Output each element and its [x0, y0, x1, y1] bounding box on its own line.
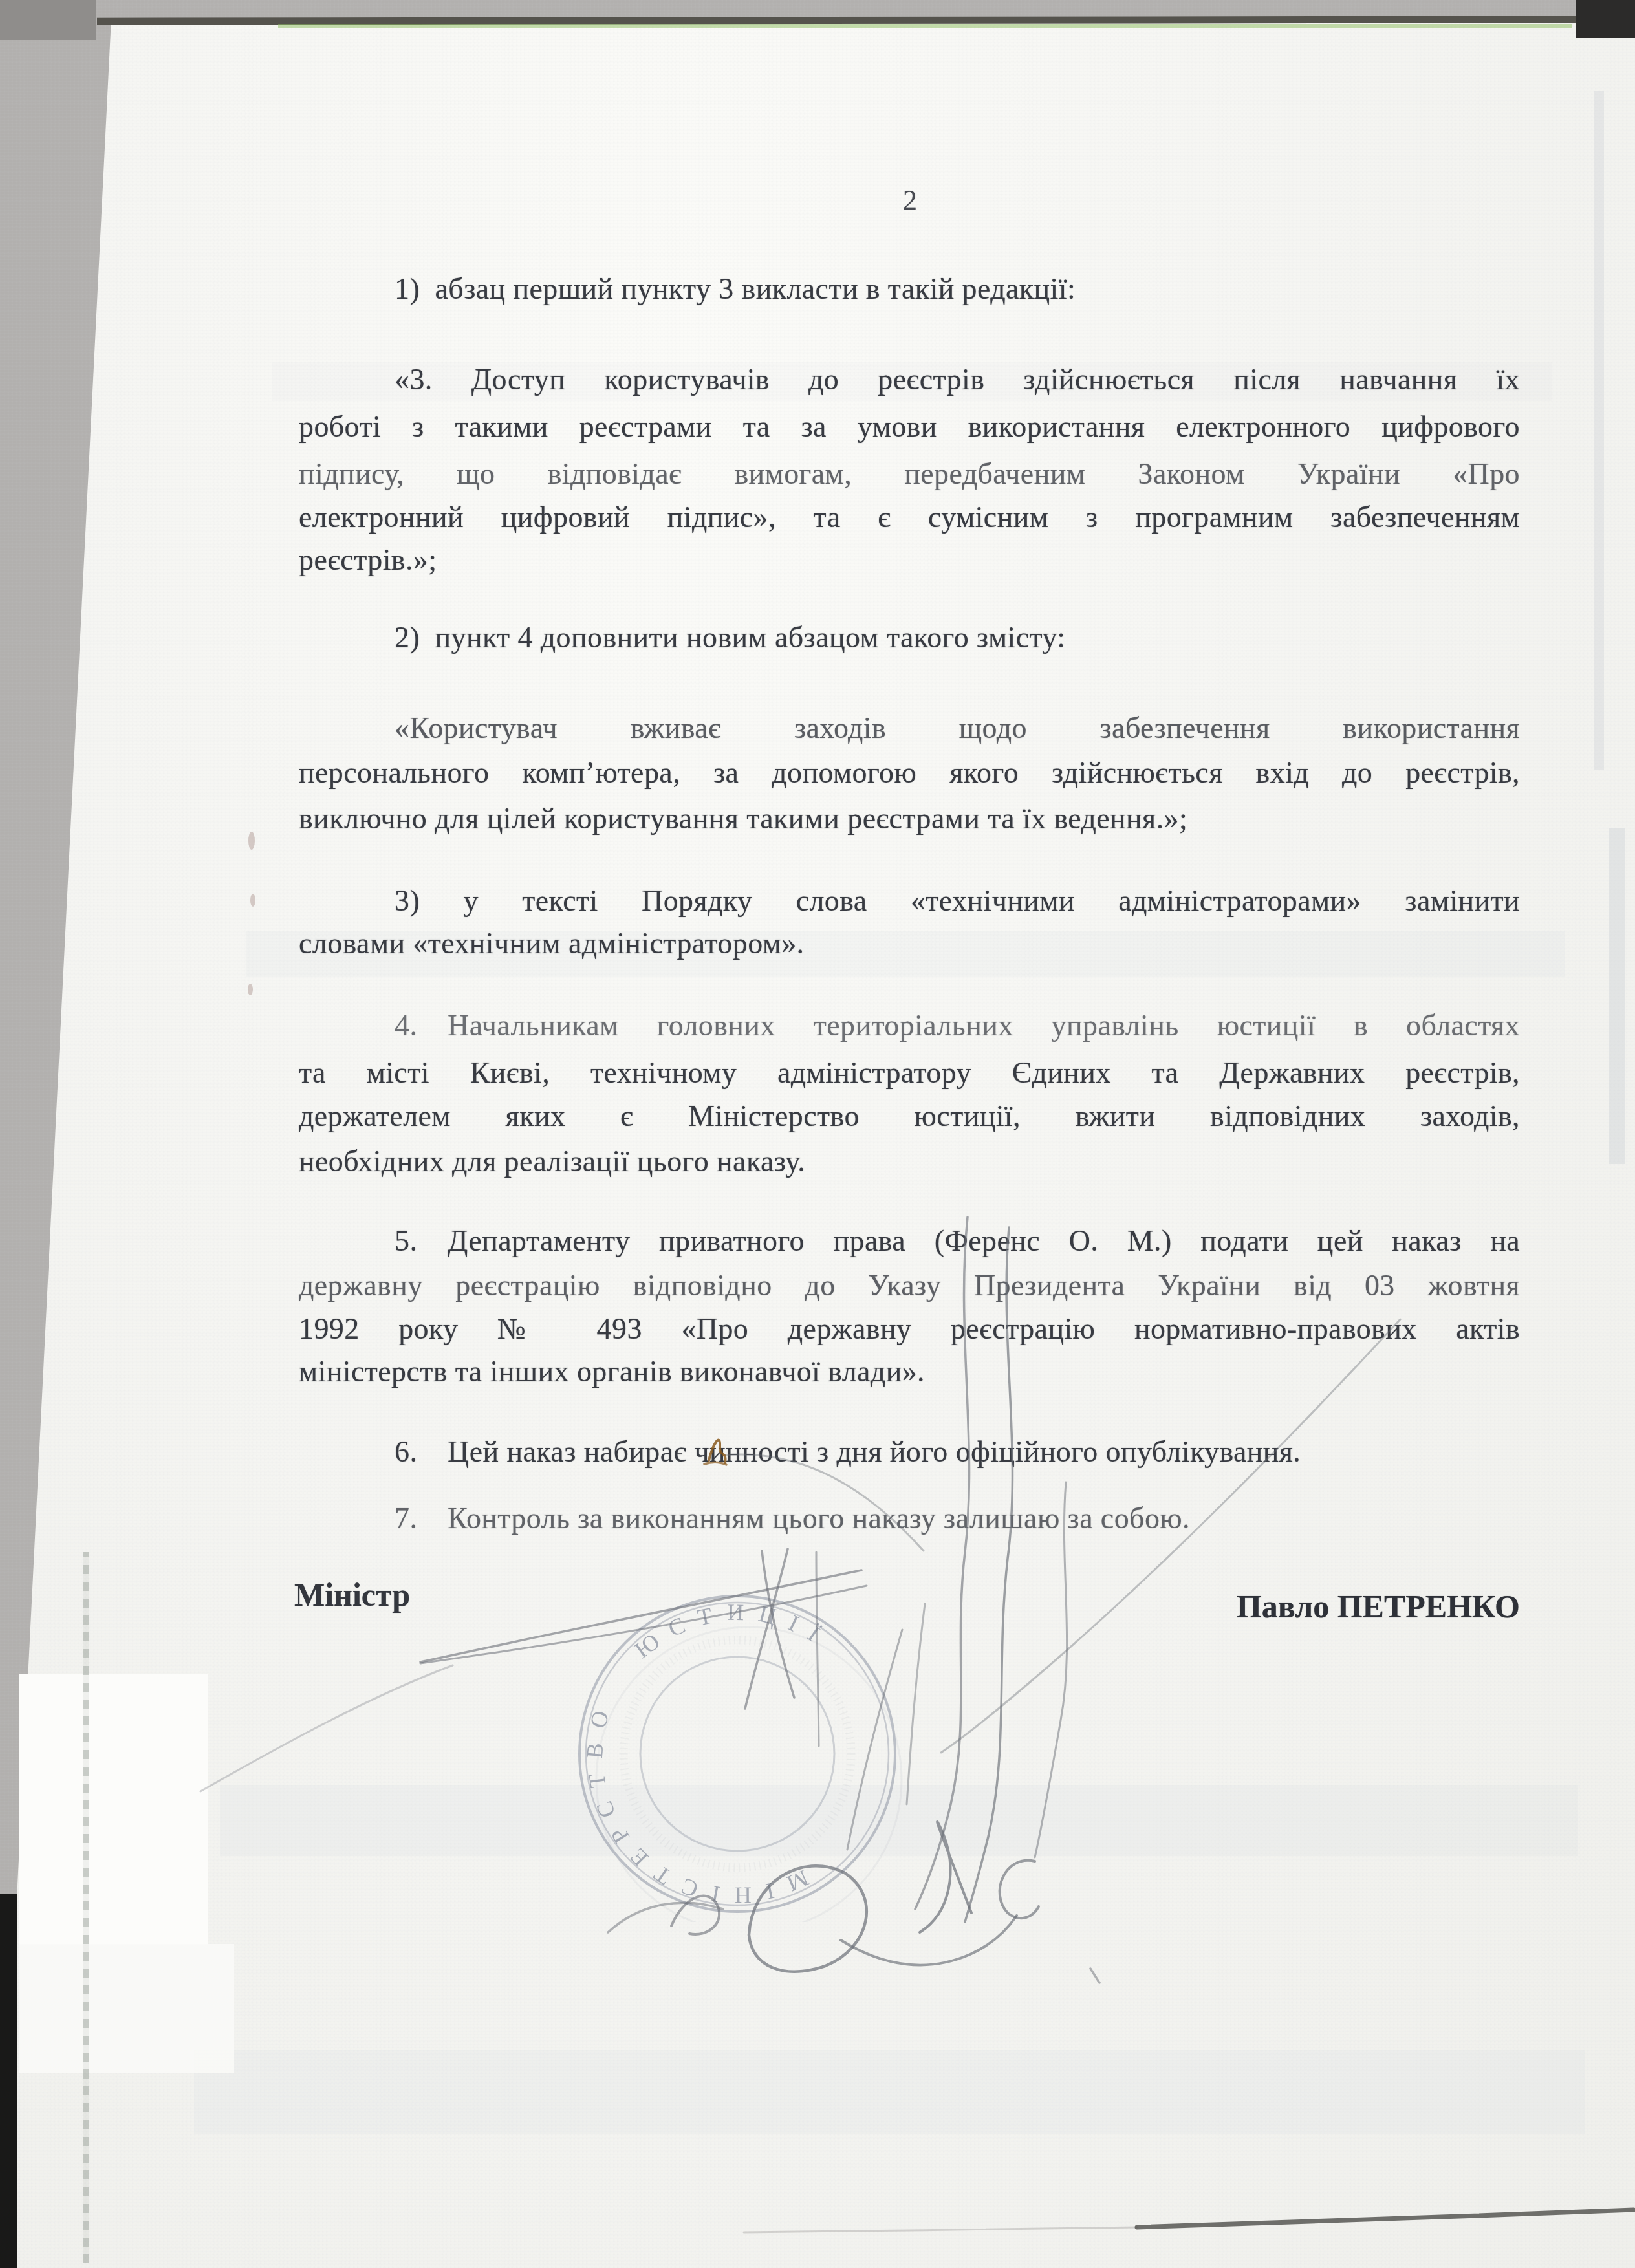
ink-overlay — [0, 0, 1635, 2268]
signature-ink — [200, 1217, 1400, 1983]
scanned-document-page: 2 1) абзац перший пункту 3 викласти в та… — [0, 0, 1635, 2268]
scan-bottom-edge — [744, 2210, 1634, 2232]
scan-smudges — [248, 832, 255, 995]
annotation-mark — [704, 1440, 726, 1465]
